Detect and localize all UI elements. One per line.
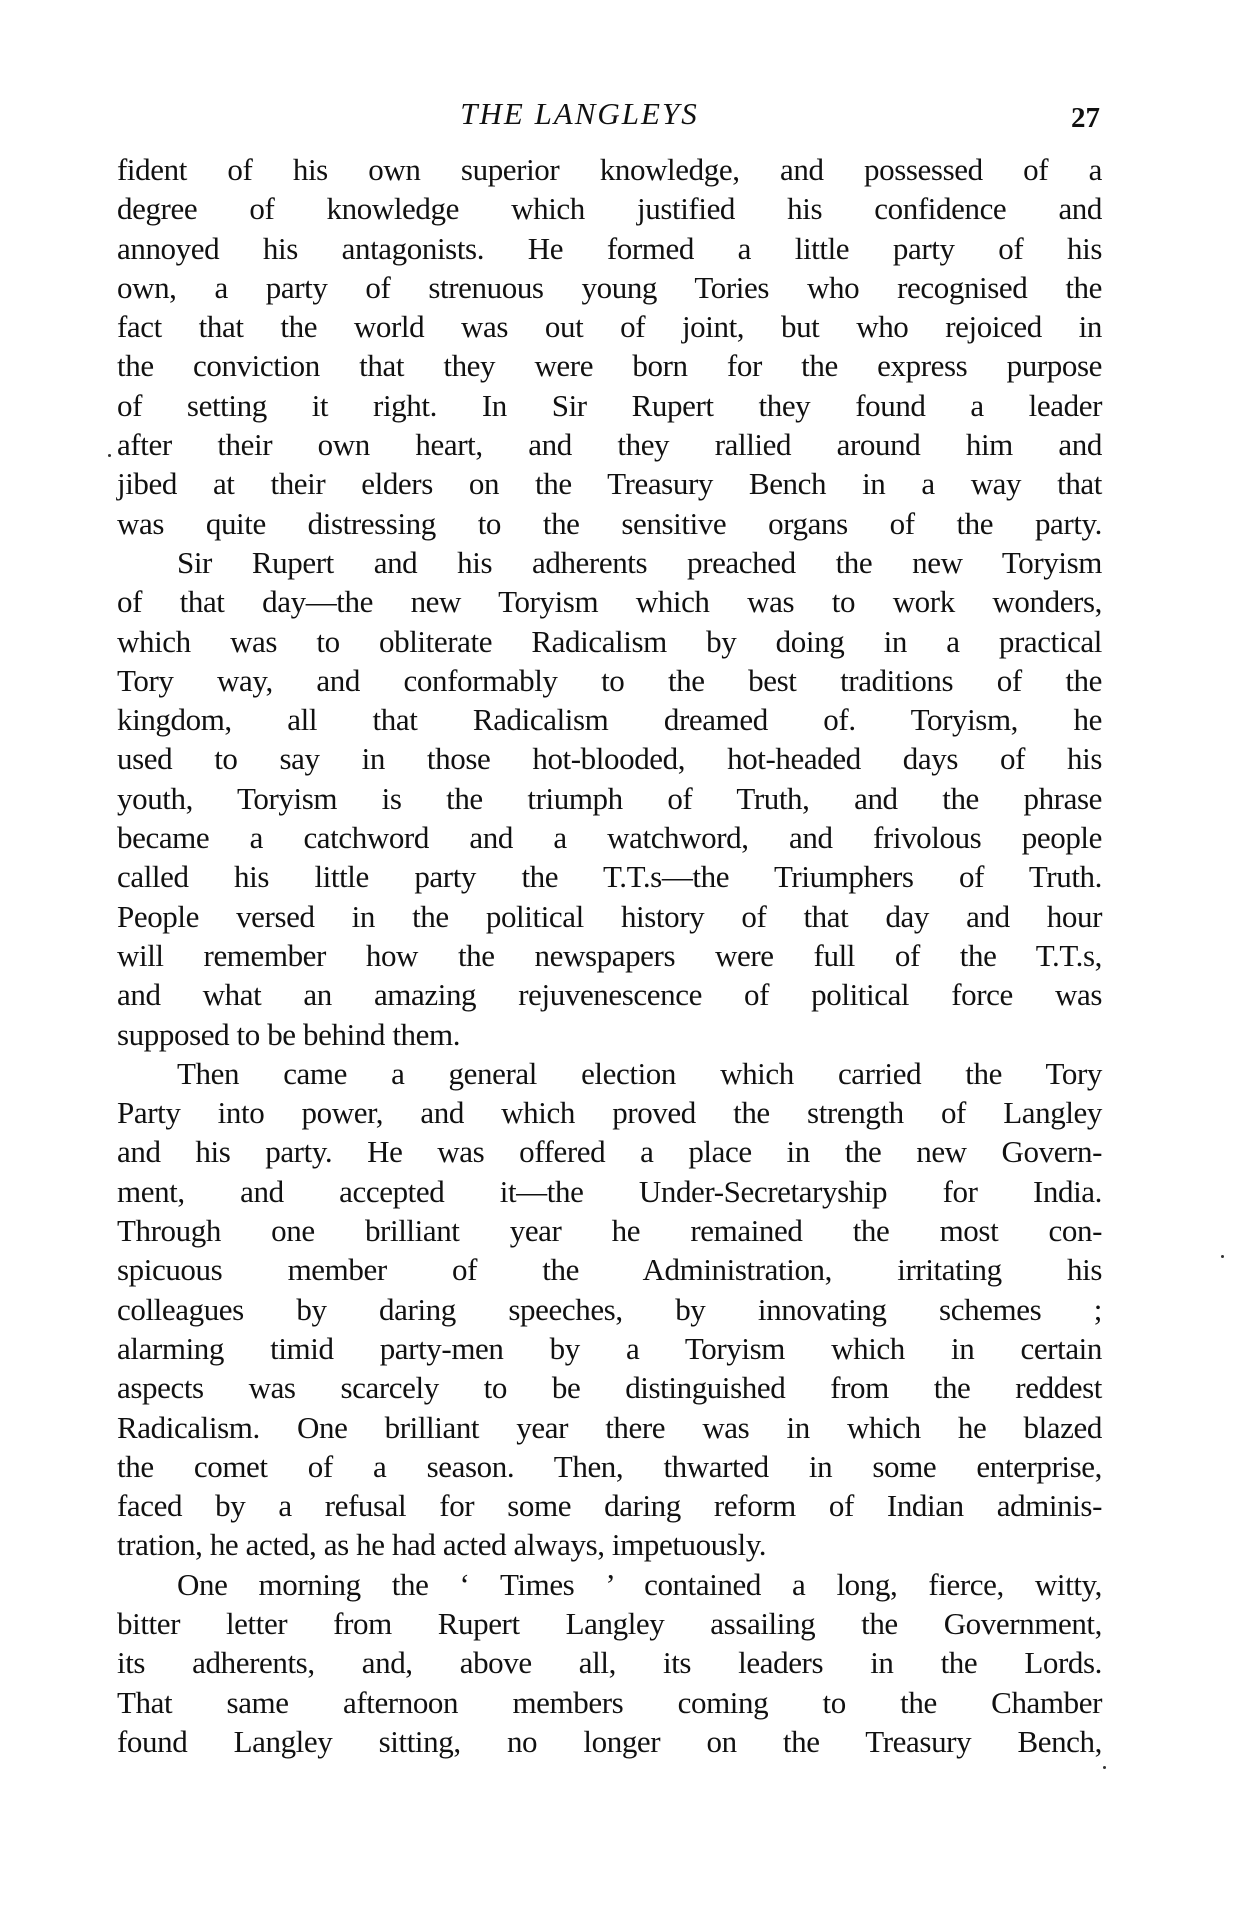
text-line: alarming timid party-men by a Toryism wh… xyxy=(117,1329,1102,1368)
text-line: jibed at their elders on the Treasury Be… xyxy=(117,464,1102,503)
paragraph-2: Sir Rupert and his adherents preached th… xyxy=(117,543,1102,1054)
text-line: and his party. He was offered a place in… xyxy=(117,1132,1102,1171)
text-line: That same afternoon members coming to th… xyxy=(117,1683,1102,1722)
text-line: ment, and accepted it—the Under-Secretar… xyxy=(117,1172,1102,1211)
text-line: own, a party of strenuous young Tories w… xyxy=(117,268,1102,307)
text-line: Sir Rupert and his adherents preached th… xyxy=(117,543,1102,582)
text-line: colleagues by daring speeches, by innova… xyxy=(117,1290,1102,1329)
text-line: will remember how the newspapers were fu… xyxy=(117,936,1102,975)
text-line: its adherents, and, above all, its leade… xyxy=(117,1643,1102,1682)
page-number: 27 xyxy=(1071,98,1100,138)
text-line: faced by a refusal for some daring refor… xyxy=(117,1486,1102,1525)
text-line: used to say in those hot-blooded, hot-he… xyxy=(117,739,1102,778)
text-line: Through one brilliant year he remained t… xyxy=(117,1211,1102,1250)
text-line: Then came a general election which carri… xyxy=(117,1054,1102,1093)
scan-speck xyxy=(1221,1255,1224,1258)
text-line: called his little party the T.T.s—the Tr… xyxy=(117,857,1102,896)
text-line: youth, Toryism is the triumph of Truth, … xyxy=(117,779,1102,818)
text-line: kingdom, all that Radicalism dreamed of.… xyxy=(117,700,1102,739)
paragraph-4: One morning the ‘ Times ’ contained a lo… xyxy=(117,1565,1102,1761)
text-line: and what an amazing rejuvenescence of po… xyxy=(117,975,1102,1014)
text-line: One morning the ‘ Times ’ contained a lo… xyxy=(117,1565,1102,1604)
text-line: the conviction that they were born for t… xyxy=(117,346,1102,385)
text-line: People versed in the political history o… xyxy=(117,897,1102,936)
text-line: degree of knowledge which justified his … xyxy=(117,189,1102,228)
text-line: Radicalism. One brilliant year there was… xyxy=(117,1408,1102,1447)
scan-speck xyxy=(1103,1766,1106,1769)
text-line: fact that the world was out of joint, bu… xyxy=(117,307,1102,346)
text-line: was quite distressing to the sensitive o… xyxy=(117,504,1102,543)
text-line: fident of his own superior knowledge, an… xyxy=(117,150,1102,189)
text-line: supposed to be behind them. xyxy=(117,1015,1102,1054)
text-line: of that day—the new Toryism which was to… xyxy=(117,582,1102,621)
body-text: fident of his own superior knowledge, an… xyxy=(117,150,1102,1761)
text-line: after their own heart, and they rallied … xyxy=(117,425,1102,464)
text-line: found Langley sitting, no longer on the … xyxy=(117,1722,1102,1761)
text-line: which was to obliterate Radicalism by do… xyxy=(117,622,1102,661)
text-line: spicuous member of the Administration, i… xyxy=(117,1250,1102,1289)
text-line: of setting it right. In Sir Rupert they … xyxy=(117,386,1102,425)
book-page: THE LANGLEYS 27 fident of his own superi… xyxy=(0,0,1256,1916)
text-line: bitter letter from Rupert Langley assail… xyxy=(117,1604,1102,1643)
scan-speck xyxy=(108,454,111,457)
text-line: Tory way, and conformably to the best tr… xyxy=(117,661,1102,700)
running-title: THE LANGLEYS xyxy=(117,94,1102,134)
text-line: Party into power, and which proved the s… xyxy=(117,1093,1102,1132)
paragraph-1: fident of his own superior knowledge, an… xyxy=(117,150,1102,543)
running-head: THE LANGLEYS 27 xyxy=(117,94,1102,134)
paragraph-3: Then came a general election which carri… xyxy=(117,1054,1102,1565)
text-line: the comet of a season. Then, thwarted in… xyxy=(117,1447,1102,1486)
text-line: tration, he acted, as he had acted alway… xyxy=(117,1525,1102,1564)
text-line: annoyed his antagonists. He formed a lit… xyxy=(117,229,1102,268)
text-line: became a catchword and a watchword, and … xyxy=(117,818,1102,857)
text-line: aspects was scarcely to be distinguished… xyxy=(117,1368,1102,1407)
